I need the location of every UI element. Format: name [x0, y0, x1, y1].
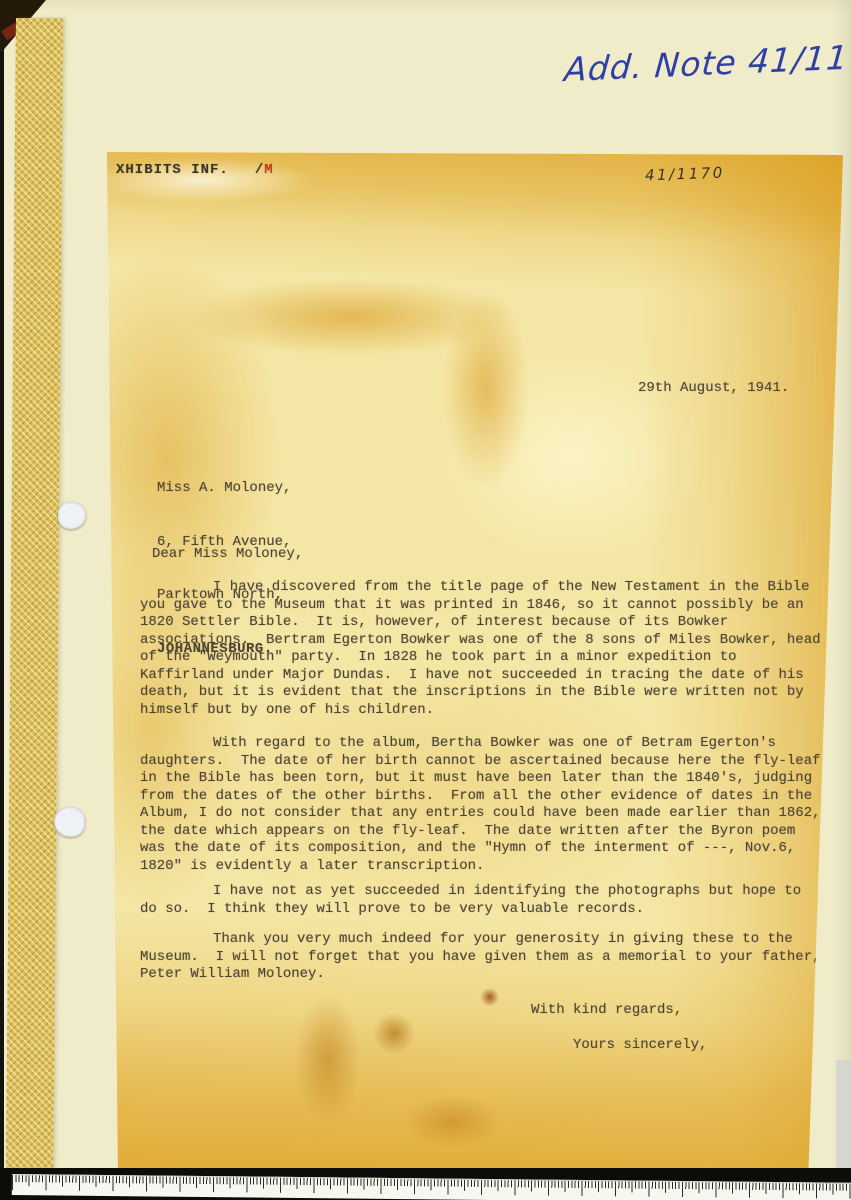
paragraph-3: I have not as yet succeeded in identifyi…	[140, 883, 824, 918]
letter-page: XHIBITS INF./M 41/1170 29th August, 1941…	[107, 146, 843, 1184]
scanned-document: Add. Note 41/1170 XHIBITS INF./M 41/1170…	[0, 0, 851, 1200]
stamp-slash: /	[255, 162, 264, 178]
exhibits-stamp-label: XHIBITS INF.	[116, 162, 229, 178]
punch-hole-top	[58, 502, 86, 529]
paragraph-2: With regard to the album, Bertha Bowker …	[140, 735, 824, 875]
paragraph-4: Thank you very much indeed for your gene…	[140, 931, 824, 984]
paragraph-1: I have discovered from the title page of…	[140, 579, 824, 719]
salutation: Dear Miss Moloney,	[152, 546, 303, 564]
stamp-letter-red: M	[264, 162, 273, 178]
exhibits-stamp: XHIBITS INF./M	[116, 162, 274, 180]
recipient-name: Miss A. Moloney,	[157, 480, 291, 499]
letter-date: 29th August, 1941.	[638, 380, 789, 398]
reference-number: 41/1170	[645, 165, 725, 185]
closing-line: With kind regards,	[531, 1002, 682, 1020]
signoff-line: Yours sincerely,	[573, 1037, 707, 1055]
punch-hole-bottom	[54, 807, 85, 837]
